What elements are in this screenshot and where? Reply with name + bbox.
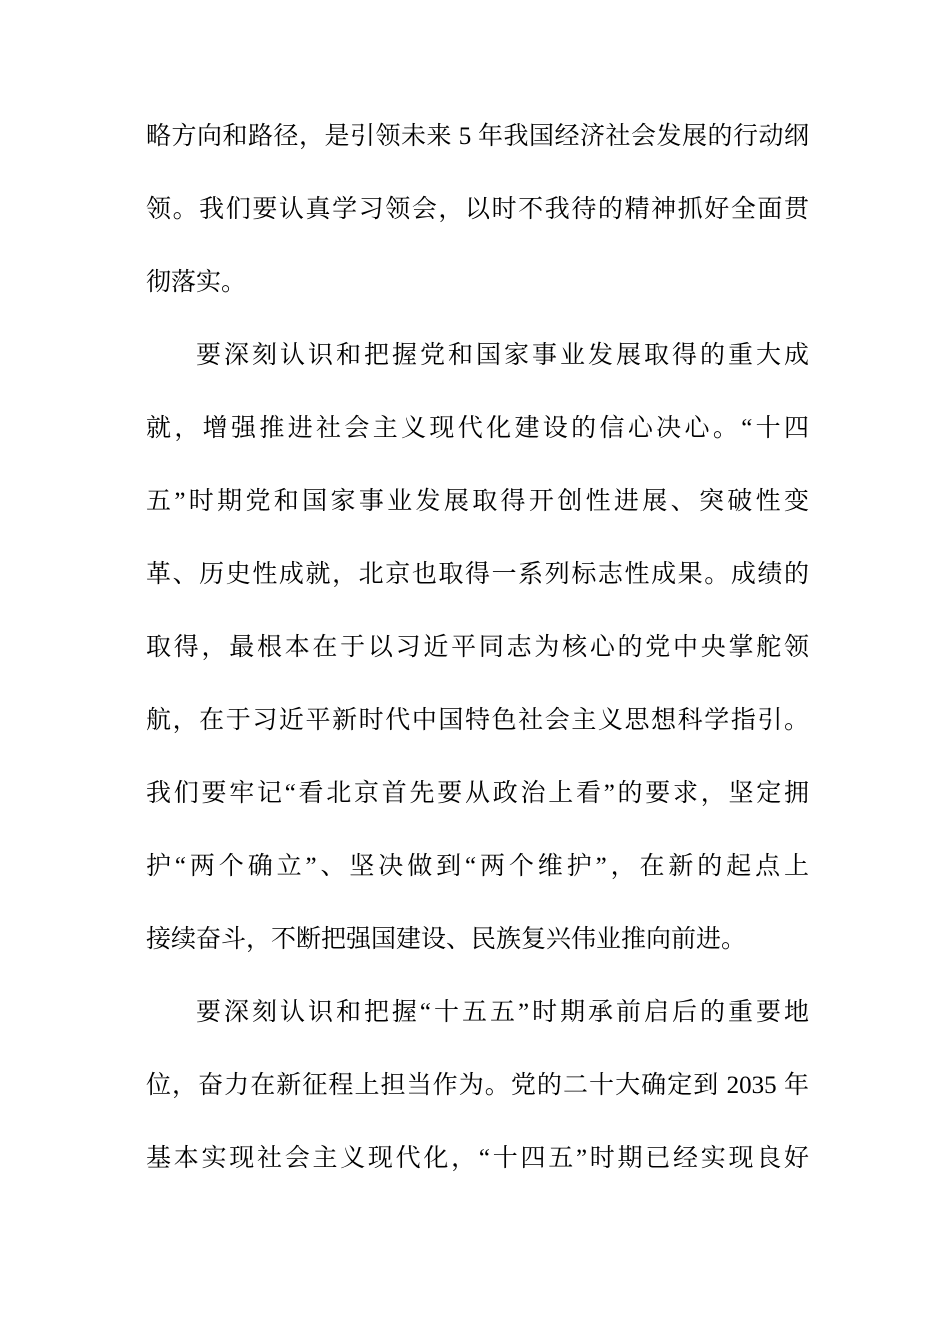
text-line: 五”时期党和国家事业发展取得开创性进展、突破性变 [146, 465, 809, 538]
paragraph: 略方向和路径，是引领未来 5 年我国经济社会发展的行动纲 领。我们要认真学习领会… [146, 100, 809, 319]
text-line: 要深刻认识和把握党和国家事业发展取得的重大成 [146, 319, 809, 392]
text-line: 取得，最根本在于以习近平同志为核心的党中央掌舵领 [146, 611, 809, 684]
text-line: 航，在于习近平新时代中国特色社会主义思想科学指引。 [146, 684, 809, 757]
text-line: 接续奋斗，不断把强国建设、民族复兴伟业推向前进。 [146, 903, 809, 976]
text-line: 要深刻认识和把握“十五五”时期承前启后的重要地 [146, 976, 809, 1049]
paragraph: 要深刻认识和把握党和国家事业发展取得的重大成 就，增强推进社会主义现代化建设的信… [146, 319, 809, 976]
text-line: 位，奋力在新征程上担当作为。党的二十大确定到 2035 年 [146, 1049, 809, 1122]
text-line: 护“两个确立”、坚决做到“两个维护”，在新的起点上 [146, 830, 809, 903]
text-line: 略方向和路径，是引领未来 5 年我国经济社会发展的行动纲 [146, 100, 809, 173]
text-line: 就，增强推进社会主义现代化建设的信心决心。“十四 [146, 392, 809, 465]
text-line: 领。我们要认真学习领会，以时不我待的精神抓好全面贯 [146, 173, 809, 246]
text-line: 彻落实。 [146, 246, 809, 319]
text-line: 革、历史性成就，北京也取得一系列标志性成果。成绩的 [146, 538, 809, 611]
document-page: 略方向和路径，是引领未来 5 年我国经济社会发展的行动纲 领。我们要认真学习领会… [0, 0, 950, 1344]
text-line: 我们要牢记“看北京首先要从政治上看”的要求，坚定拥 [146, 757, 809, 830]
paragraph: 要深刻认识和把握“十五五”时期承前启后的重要地 位，奋力在新征程上担当作为。党的… [146, 976, 809, 1195]
text-line: 基本实现社会主义现代化，“十四五”时期已经实现良好 [146, 1122, 809, 1195]
